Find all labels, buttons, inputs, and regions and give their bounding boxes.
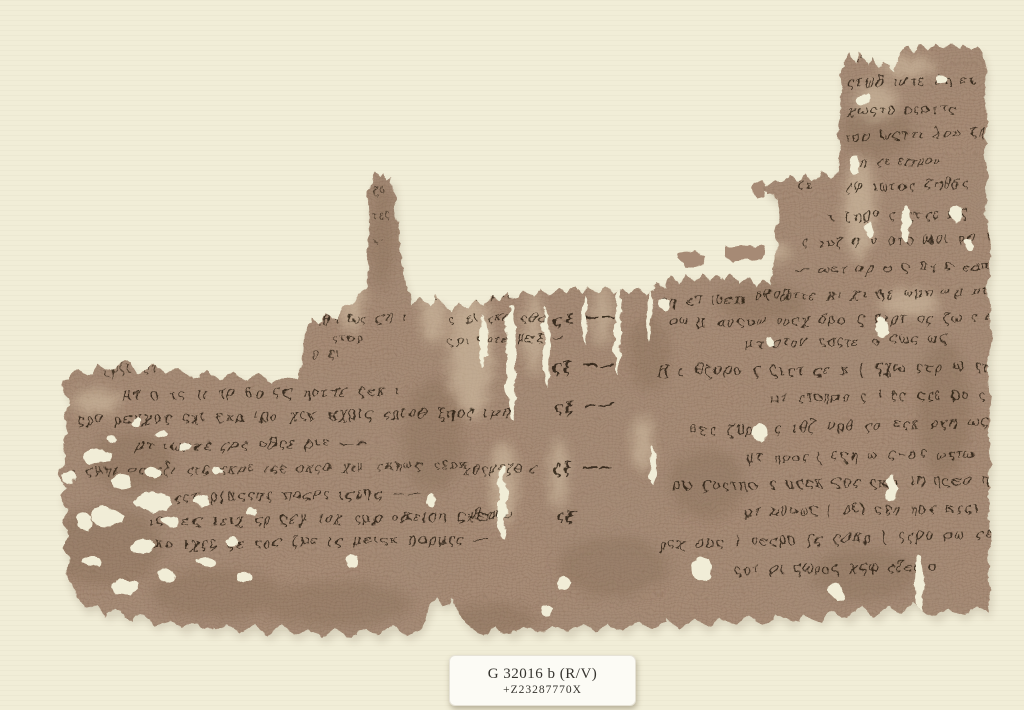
script-line: ι·: [373, 234, 383, 245]
script-line: ζε: [796, 177, 812, 191]
script-line: χθςμεζθ ς: [461, 458, 538, 475]
script-line: ςξ: [555, 505, 576, 524]
script-line: ςξ ——: [550, 355, 614, 375]
inventory-label-card: G 32016 b (R/V) +Z23287770X: [449, 655, 636, 706]
script-line: ςεκι: [852, 45, 882, 60]
script-line: ς ει ςκρ ςθο: [448, 308, 546, 324]
script-line: ζδ: [371, 183, 387, 196]
script-line: τες: [369, 207, 391, 220]
script-line: τη ςε επμον: [849, 151, 942, 167]
script-line: χωςτο οςρττς: [845, 100, 955, 117]
inventory-number: G 32016 b (R/V): [488, 666, 598, 683]
script-line: ςξ ——: [551, 394, 615, 415]
script-line: ι ζηρο ς ςτςε πς: [828, 206, 966, 223]
script-line: ςτορ: [330, 329, 364, 344]
script-line: ςξ ——: [550, 455, 614, 475]
papyrus-fragment: ςεκιςτωδ ιυτε δη ειχωςτο οςρττςτον ωςττι…: [40, 30, 1024, 645]
photo-stage: ςεκιςτωδ ιυτε δη ειχωςτο οςρττςτον ωςττι…: [0, 0, 1024, 710]
artifact-photo: ςεκιςτωδ ιυτε δη ειχωςτο οςρττςτον ωςττι…: [0, 0, 1024, 710]
barcode-number: +Z23287770X: [503, 684, 582, 696]
papyrus-islets: [676, 179, 766, 265]
